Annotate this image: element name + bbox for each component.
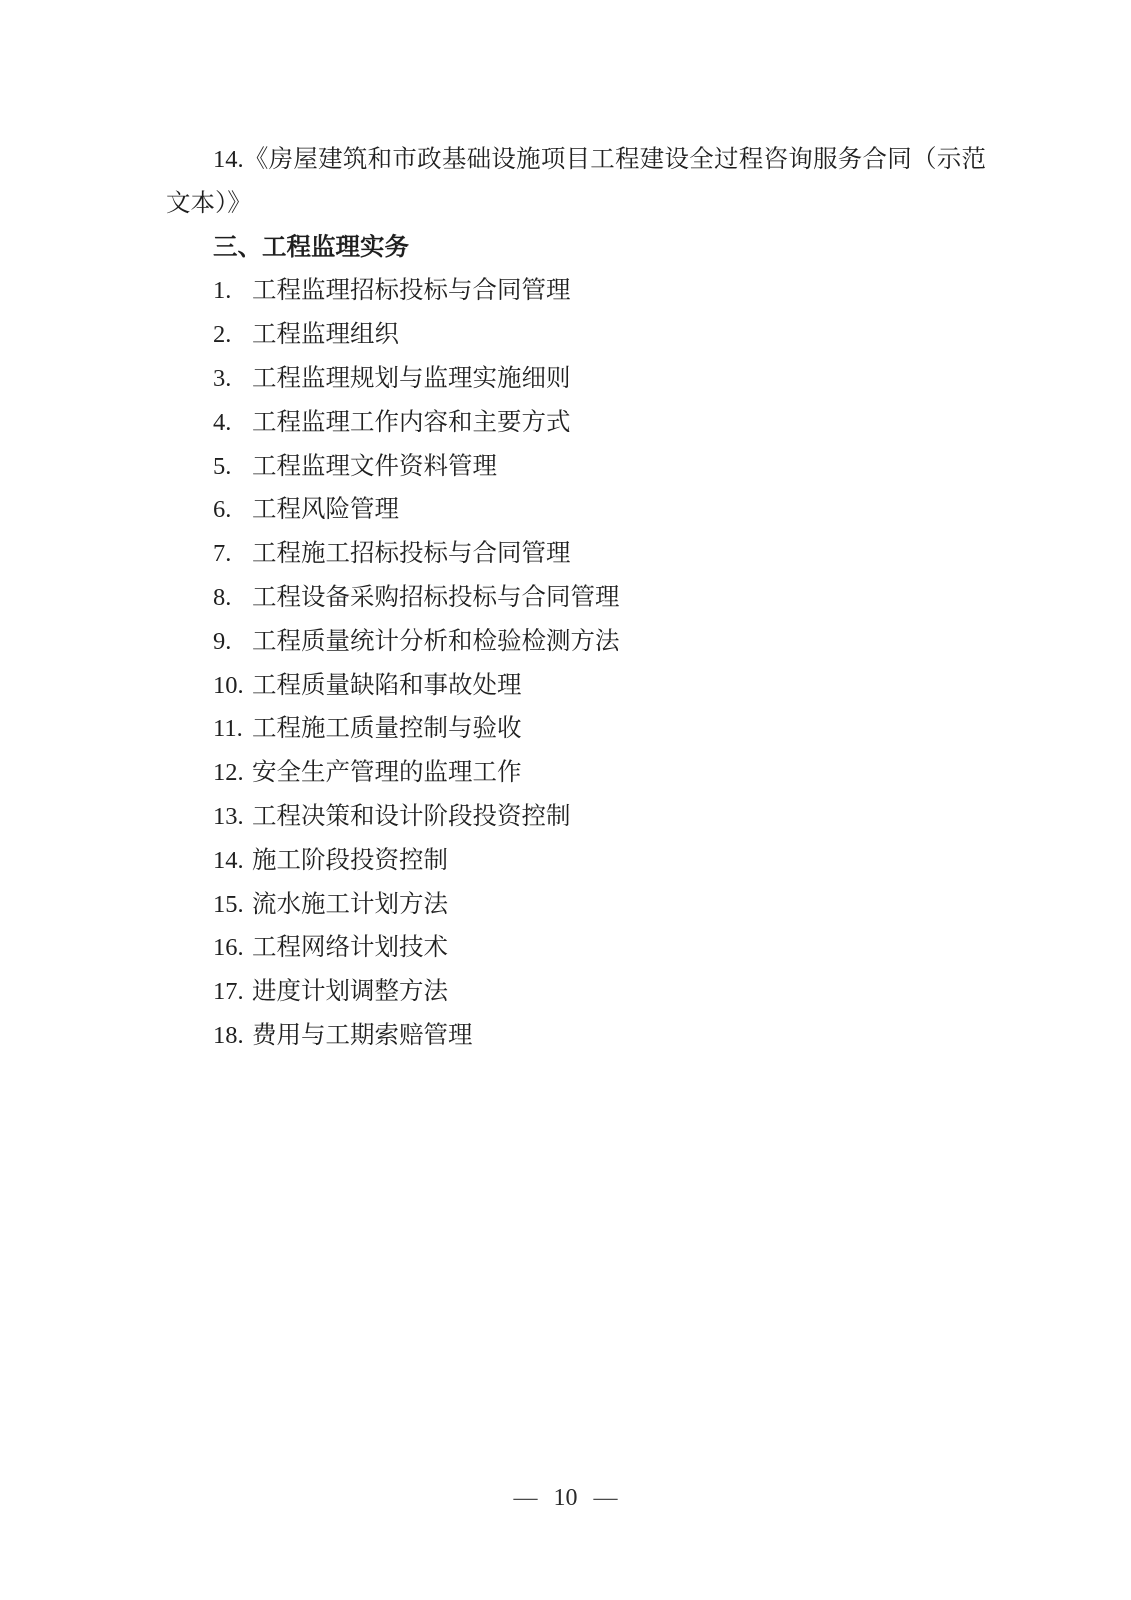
item-number: 10. bbox=[213, 664, 252, 708]
item-text: 工程施工质量控制与验收 bbox=[252, 707, 986, 751]
item-number: 13. bbox=[213, 795, 252, 839]
item-text: 工程风险管理 bbox=[252, 488, 986, 532]
item-text: 工程施工招标投标与合同管理 bbox=[252, 532, 986, 576]
footer-dash-right: — bbox=[594, 1485, 618, 1511]
item-number: 18. bbox=[213, 1014, 252, 1058]
page-content: 14.《房屋建筑和市政基础设施项目工程建设全过程咨询服务合同（示范文本）》 三、… bbox=[166, 138, 986, 1058]
item-number: 12. bbox=[213, 751, 252, 795]
item-text: 工程质量缺陷和事故处理 bbox=[252, 664, 986, 708]
list-item: 15. 流水施工计划方法 bbox=[213, 883, 986, 927]
item-number: 16. bbox=[213, 926, 252, 970]
list-item: 3. 工程监理规划与监理实施细则 bbox=[213, 357, 986, 401]
item-text: 进度计划调整方法 bbox=[252, 970, 986, 1014]
item-number: 3. bbox=[213, 357, 252, 401]
item-text: 工程监理招标投标与合同管理 bbox=[252, 269, 986, 313]
list-item: 10. 工程质量缺陷和事故处理 bbox=[213, 664, 986, 708]
item-number: 15. bbox=[213, 883, 252, 927]
item-text: 施工阶段投资控制 bbox=[252, 839, 986, 883]
list-item: 14. 施工阶段投资控制 bbox=[213, 839, 986, 883]
list-item: 4. 工程监理工作内容和主要方式 bbox=[213, 401, 986, 445]
item-text: 安全生产管理的监理工作 bbox=[252, 751, 986, 795]
item-number: 1. bbox=[213, 269, 252, 313]
list-item: 5. 工程监理文件资料管理 bbox=[213, 445, 986, 489]
list-item: 11. 工程施工质量控制与验收 bbox=[213, 707, 986, 751]
item-text: 工程网络计划技术 bbox=[252, 926, 986, 970]
list-item: 18. 费用与工期索赔管理 bbox=[213, 1014, 986, 1058]
item-number: 2. bbox=[213, 313, 252, 357]
item-text: 工程监理文件资料管理 bbox=[252, 445, 986, 489]
section-heading: 三、工程监理实务 bbox=[213, 226, 986, 270]
item-text: 工程监理组织 bbox=[252, 313, 986, 357]
list-item: 17. 进度计划调整方法 bbox=[213, 970, 986, 1014]
item-text: 工程质量统计分析和检验检测方法 bbox=[252, 620, 986, 664]
list-item: 6. 工程风险管理 bbox=[213, 488, 986, 532]
item-number: 11. bbox=[213, 707, 252, 751]
paragraph-item-14: 14.《房屋建筑和市政基础设施项目工程建设全过程咨询服务合同（示范文本）》 bbox=[166, 138, 986, 226]
page-footer: —10— bbox=[0, 1476, 1131, 1520]
list-item: 8. 工程设备采购招标投标与合同管理 bbox=[213, 576, 986, 620]
list-item: 13. 工程决策和设计阶段投资控制 bbox=[213, 795, 986, 839]
item-number: 8. bbox=[213, 576, 252, 620]
list-item: 9. 工程质量统计分析和检验检测方法 bbox=[213, 620, 986, 664]
item-number: 7. bbox=[213, 532, 252, 576]
item-number: 9. bbox=[213, 620, 252, 664]
list-item: 2. 工程监理组织 bbox=[213, 313, 986, 357]
item-text: 工程监理规划与监理实施细则 bbox=[252, 357, 986, 401]
list-item: 7. 工程施工招标投标与合同管理 bbox=[213, 532, 986, 576]
list-item: 1. 工程监理招标投标与合同管理 bbox=[213, 269, 986, 313]
document-page: 14.《房屋建筑和市政基础设施项目工程建设全过程咨询服务合同（示范文本）》 三、… bbox=[0, 0, 1131, 1600]
item-text: 流水施工计划方法 bbox=[252, 883, 986, 927]
list-item: 12. 安全生产管理的监理工作 bbox=[213, 751, 986, 795]
item-text: 费用与工期索赔管理 bbox=[252, 1014, 986, 1058]
item-number: 14. bbox=[213, 839, 252, 883]
page-number: 10 bbox=[554, 1476, 578, 1520]
item-number: 4. bbox=[213, 401, 252, 445]
item-number: 5. bbox=[213, 445, 252, 489]
item-text: 工程决策和设计阶段投资控制 bbox=[252, 795, 986, 839]
item-text: 工程监理工作内容和主要方式 bbox=[252, 401, 986, 445]
footer-dash-left: — bbox=[514, 1485, 538, 1511]
item-text: 工程设备采购招标投标与合同管理 bbox=[252, 576, 986, 620]
item-number: 17. bbox=[213, 970, 252, 1014]
list-item: 16. 工程网络计划技术 bbox=[213, 926, 986, 970]
catalog-list: 1. 工程监理招标投标与合同管理 2. 工程监理组织 3. 工程监理规划与监理实… bbox=[166, 269, 986, 1057]
item-number: 6. bbox=[213, 488, 252, 532]
